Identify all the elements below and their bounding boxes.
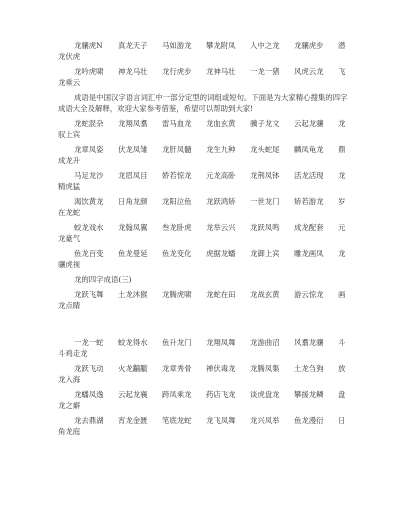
idiom-item: 矫若游龙 — [294, 196, 338, 207]
idiom-item: 笔底龙蛇 — [162, 415, 206, 426]
idiom-row-line: 龙蟠凤逸云起龙襄跨凤乘龙药店飞龙谈虎盘龙攀援龙鳞盘 — [58, 389, 348, 400]
idiom-row-continuation: 驭上宾 — [58, 129, 348, 140]
idiom-item: 风虎云龙 — [294, 66, 338, 77]
idiom-row-line: 龙蛇混杂龙翔凤翥雷马血龙龙血玄黄骥子龙文云起龙骧龙 — [58, 118, 348, 129]
idiom-row-continuation: 成龙升 — [58, 155, 348, 166]
idiom-item: 鱼龙漫衍 — [294, 415, 338, 426]
idiom-item: 龙翔凤舞 — [206, 337, 250, 348]
idiom-item: 游云惊龙 — [294, 289, 338, 300]
idiom-item: 渴饮黄龙 — [74, 196, 118, 207]
idiom-item: 龙腾虎啸 — [162, 289, 206, 300]
idiom-row: 渴饮黄龙日角龙颜龙阳泣鱼龙跃鸿矫一世龙门矫若游龙岁在龙蛇 — [58, 196, 348, 218]
idiom-item: 画 — [338, 289, 345, 300]
idiom-section-3: 龙跃飞舞土龙沐猴龙腾虎啸龙蛇在田龙战玄黄游云惊龙画龙点睛 — [58, 289, 348, 311]
idiom-item: 龙生九种 — [206, 144, 250, 155]
idiom-item: 潜 — [338, 40, 345, 51]
idiom-row-line: 一龙一蛇蛟龙得水鱼升龙门龙翔凤舞龙游曲沼风翥龙骧斗 — [58, 337, 348, 348]
idiom-row: 龙骧虎N真龙天子马如游龙攀龙附凤人中之龙龙骧虎步潜龙伏虎 — [58, 40, 348, 62]
idiom-item: 云起龙襄 — [118, 389, 162, 400]
idiom-item: 龙神马壮 — [206, 66, 250, 77]
idiom-row: 马足龙沙龙眉凤目娇若惊龙元龙高卧龙荆凤钵活龙活现龙精虎猛 — [58, 170, 348, 192]
idiom-item: 真龙天子 — [118, 40, 162, 51]
idiom-item: 龙跃飞舞 — [74, 289, 118, 300]
idiom-item: 龙荆凤钵 — [250, 170, 294, 181]
idiom-item: 龙蛇在田 — [206, 289, 250, 300]
idiom-item: 活龙活现 — [294, 170, 338, 181]
idiom-item: 成龙配套 — [294, 222, 338, 233]
idiom-item: 龙章秀骨 — [162, 363, 206, 374]
idiom-item: 叁龙卧虎 — [162, 222, 206, 233]
idiom-item: 龙跃凤鸣 — [250, 222, 294, 233]
idiom-item: 龙头蛇尾 — [250, 144, 294, 155]
idiom-item: 神龙马壮 — [118, 66, 162, 77]
idiom-item: 一龙一蛇 — [74, 337, 118, 348]
idiom-row-continuation: 骧虎视 — [58, 259, 348, 270]
intro-paragraph: 成语是中国汉字语言词汇中一部分定型的词组或短句。下面是为大家精心搜集的四字成语大… — [58, 92, 348, 114]
idiom-item: 宵龙金匮 — [118, 415, 162, 426]
idiom-row: 龙蛇混杂龙翔凤翥雷马血龙龙血玄黄骥子龙文云起龙骧龙驭上宾 — [58, 118, 348, 140]
idiom-item: 龙腾凤集 — [250, 363, 294, 374]
idiom-item: 鱼龙曼延 — [118, 248, 162, 259]
idiom-item: 人中之龙 — [250, 40, 294, 51]
idiom-item: 龙阳泣鱼 — [162, 196, 206, 207]
idiom-item: 龙游曲沼 — [250, 337, 294, 348]
idiom-row-continuation: 精虎猛 — [58, 181, 348, 192]
idiom-item: 岁 — [338, 196, 345, 207]
idiom-item: 龙飞凤舞 — [206, 415, 250, 426]
idiom-item: 龙举云兴 — [206, 222, 250, 233]
idiom-item: 攀龙附凤 — [206, 40, 250, 51]
idiom-item: 元龙高卧 — [206, 170, 250, 181]
idiom-item: 攀援龙鳞 — [294, 389, 338, 400]
idiom-item: 龙 — [338, 170, 345, 181]
idiom-item: 元 — [338, 222, 345, 233]
idiom-row-continuation: 龙入海 — [58, 374, 348, 385]
idiom-item: 盘 — [338, 389, 345, 400]
idiom-item: 伏龙凤雏 — [118, 144, 162, 155]
idiom-row-line: 鱼龙百变鱼龙曼延鱼龙变化虎据龙蟠龙御上宾雕龙画凤龙 — [58, 248, 348, 259]
idiom-item: 龙血玄黄 — [206, 118, 250, 129]
idiom-row-line: 渴饮黄龙日角龙颜龙阳泣鱼龙跃鸿矫一世龙门矫若游龙岁 — [58, 196, 348, 207]
idiom-item: 日 — [338, 415, 345, 426]
idiom-row: 龙章凤姿伏龙凤雏龙肝凤髓龙生九种龙头蛇尾麟凤龟龙鼎成龙升 — [58, 144, 348, 166]
idiom-item: 龙吟虎啸 — [74, 66, 118, 77]
idiom-item: 龙骧虎步 — [294, 40, 338, 51]
idiom-item: 龙战玄黄 — [250, 289, 294, 300]
idiom-row-continuation: 龙伏虎 — [58, 51, 348, 62]
idiom-item: 龙跃飞动 — [74, 363, 118, 374]
idiom-row-continuation: 龙之癖 — [58, 400, 348, 411]
idiom-item: 一世龙门 — [250, 196, 294, 207]
idiom-item: 龙章凤姿 — [74, 144, 118, 155]
idiom-item: 龙肝凤髓 — [162, 144, 206, 155]
idiom-row-line: 龙跃飞动火龙黼黻龙章秀骨禅伏毒龙龙腾凤集土龙刍狗放 — [58, 363, 348, 374]
idiom-item: 鱼龙百变 — [74, 248, 118, 259]
idiom-row-line: 马足龙沙龙眉凤目娇若惊龙元龙高卧龙荆凤钵活龙活现龙 — [58, 170, 348, 181]
idiom-item: 龙御上宾 — [250, 248, 294, 259]
idiom-item: 龙 — [338, 118, 345, 129]
idiom-item: 龙行虎步 — [162, 66, 206, 77]
idiom-row: 龙去鼎湖宵龙金匮笔底龙蛇龙飞凤舞龙兴凤举鱼龙漫衍日角龙庭 — [58, 415, 348, 437]
idiom-section-2: 龙蛇混杂龙翔凤翥雷马血龙龙血玄黄骥子龙文云起龙骧龙驭上宾龙章凤姿伏龙凤雏龙肝凤髓… — [58, 118, 348, 270]
idiom-item: 雕龙画凤 — [294, 248, 338, 259]
idiom-item: 娇若惊龙 — [162, 170, 206, 181]
idiom-section-1: 龙骧虎N真龙天子马如游龙攀龙附凤人中之龙龙骧虎步潜龙伏虎龙吟虎啸神龙马壮龙行虎步… — [58, 40, 348, 88]
idiom-item: 飞 — [338, 66, 345, 77]
idiom-item: 斗 — [338, 337, 345, 348]
idiom-item: 龙 — [338, 248, 345, 259]
idiom-item: 药店飞龙 — [206, 389, 250, 400]
idiom-item: 日角龙颜 — [118, 196, 162, 207]
idiom-row: 鱼龙百变鱼龙曼延鱼龙变化虎据龙蟠龙御上宾雕龙画凤龙骧虎视 — [58, 248, 348, 270]
idiom-row-line: 蛟龙戏水龙翰凤翼叁龙卧虎龙举云兴龙跃凤鸣成龙配套元 — [58, 222, 348, 233]
document-page: 龙骧虎N真龙天子马如游龙攀龙附凤人中之龙龙骧虎步潜龙伏虎龙吟虎啸神龙马壮龙行虎步… — [58, 40, 348, 441]
idiom-item: 谈虎盘龙 — [250, 389, 294, 400]
idiom-item: 禅伏毒龙 — [206, 363, 250, 374]
idiom-item: 云起龙骧 — [294, 118, 338, 129]
idiom-row-line: 龙去鼎湖宵龙金匮笔底龙蛇龙飞凤舞龙兴凤举鱼龙漫衍日 — [58, 415, 348, 426]
idiom-item: 龙兴凤举 — [250, 415, 294, 426]
idiom-item: 马如游龙 — [162, 40, 206, 51]
idiom-item: 龙去鼎湖 — [74, 415, 118, 426]
idiom-row-continuation: 在龙蛇 — [58, 207, 348, 218]
idiom-item: 龙翔凤翥 — [118, 118, 162, 129]
idiom-item: 放 — [338, 363, 345, 374]
idiom-item: 龙跃鸿矫 — [206, 196, 250, 207]
idiom-item: 龙骧虎N — [74, 40, 118, 51]
idiom-row: 龙蟠凤逸云起龙襄跨凤乘龙药店飞龙谈虎盘龙攀援龙鳞盘龙之癖 — [58, 389, 348, 411]
idiom-item: 骥子龙文 — [250, 118, 294, 129]
idiom-row-continuation: 龙乘云 — [58, 77, 348, 88]
idiom-item: 龙翰凤翼 — [118, 222, 162, 233]
idiom-row: 一龙一蛇蛟龙得水鱼升龙门龙翔凤舞龙游曲沼风翥龙骧斗斗鸡走龙 — [58, 337, 348, 359]
idiom-row-continuation: 龙豪气 — [58, 233, 348, 244]
idiom-item: 龙眉凤目 — [118, 170, 162, 181]
idiom-row-continuation: 龙点睛 — [58, 300, 348, 311]
idiom-item: 土龙刍狗 — [294, 363, 338, 374]
idiom-row: 蛟龙戏水龙翰凤翼叁龙卧虎龙举云兴龙跃凤鸣成龙配套元龙豪气 — [58, 222, 348, 244]
idiom-item: 风翥龙骧 — [294, 337, 338, 348]
idiom-item: 土龙沐猴 — [118, 289, 162, 300]
idiom-item: 麟凤龟龙 — [294, 144, 338, 155]
idiom-item: 跨凤乘龙 — [162, 389, 206, 400]
idiom-row-line: 龙跃飞舞土龙沐猴龙腾虎啸龙蛇在田龙战玄黄游云惊龙画 — [58, 289, 348, 300]
idiom-row-line: 龙吟虎啸神龙马壮龙行虎步龙神马壮一龙一猪风虎云龙飞 — [58, 66, 348, 77]
idiom-item: 鼎 — [338, 144, 345, 155]
idiom-section-4: 一龙一蛇蛟龙得水鱼升龙门龙翔凤舞龙游曲沼风翥龙骧斗斗鸡走龙龙跃飞动火龙黼黻龙章秀… — [58, 337, 348, 437]
idiom-row: 龙吟虎啸神龙马壮龙行虎步龙神马壮一龙一猪风虎云龙飞龙乘云 — [58, 66, 348, 88]
idiom-item: 龙蛇混杂 — [74, 118, 118, 129]
idiom-row-line: 龙章凤姿伏龙凤雏龙肝凤髓龙生九种龙头蛇尾麟凤龟龙鼎 — [58, 144, 348, 155]
idiom-item: 火龙黼黻 — [118, 363, 162, 374]
idiom-row: 龙跃飞动火龙黼黻龙章秀骨禅伏毒龙龙腾凤集土龙刍狗放龙入海 — [58, 363, 348, 385]
idiom-row-continuation: 斗鸡走龙 — [58, 348, 348, 359]
idiom-row-continuation: 角龙庭 — [58, 426, 348, 437]
idiom-item: 鱼升龙门 — [162, 337, 206, 348]
idiom-item: 鱼龙变化 — [162, 248, 206, 259]
idiom-item: 马足龙沙 — [74, 170, 118, 181]
idiom-row: 龙跃飞舞土龙沐猴龙腾虎啸龙蛇在田龙战玄黄游云惊龙画龙点睛 — [58, 289, 348, 311]
idiom-item: 蛟龙得水 — [118, 337, 162, 348]
idiom-row-line: 龙骧虎N真龙天子马如游龙攀龙附凤人中之龙龙骧虎步潜 — [58, 40, 348, 51]
idiom-item: 雷马血龙 — [162, 118, 206, 129]
section-heading: 龙的四字成语(三) — [58, 274, 348, 285]
idiom-item: 虎据龙蟠 — [206, 248, 250, 259]
idiom-item: 龙蟠凤逸 — [74, 389, 118, 400]
idiom-item: 一龙一猪 — [250, 66, 294, 77]
idiom-item: 蛟龙戏水 — [74, 222, 118, 233]
